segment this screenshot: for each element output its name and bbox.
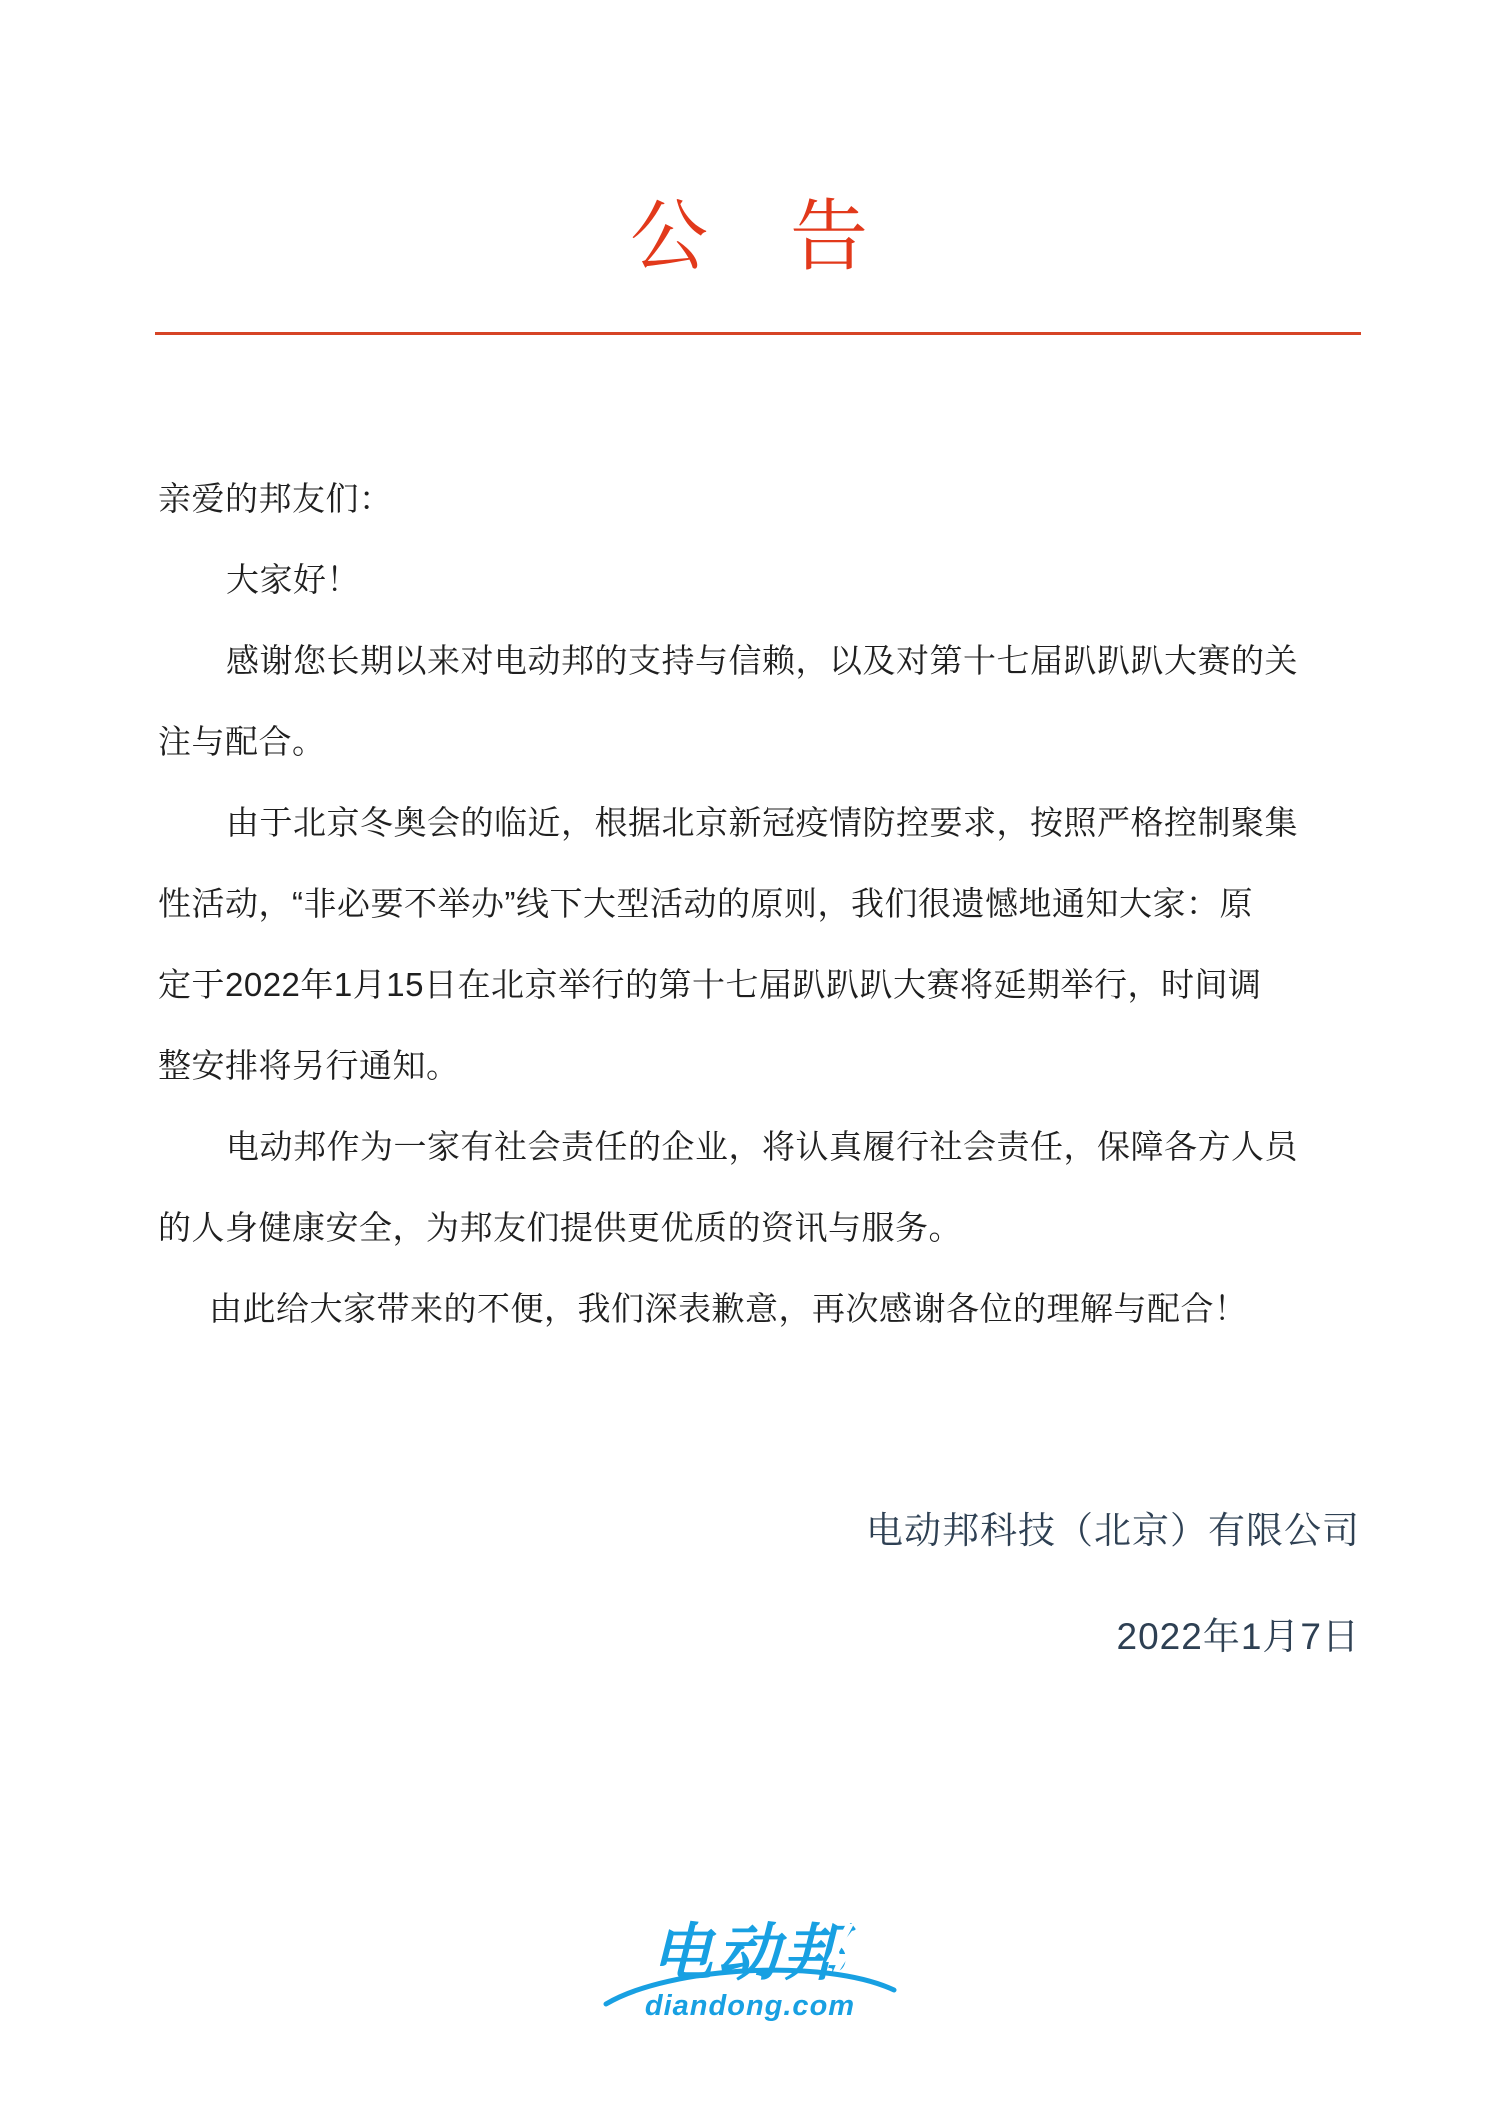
body-line: 注与配合。	[158, 699, 1368, 780]
closing-line: 由此给大家带来的不便，我们深表歉意，再次感谢各位的理解与配合！	[158, 1266, 1368, 1347]
body-line: 整安排将另行通知。	[158, 1023, 1368, 1104]
body-line: 的人身健康安全，为邦友们提供更优质的资讯与服务。	[158, 1185, 1368, 1266]
page-title: 公 告	[0, 186, 1500, 286]
logo-domain-text: diandong.com	[645, 1990, 855, 2022]
body-line: 感谢您长期以来对电动邦的支持与信赖，以及对第十七届趴趴趴大赛的关	[158, 618, 1368, 699]
body-line: 电动邦作为一家有社会责任的企业，将认真履行社会责任，保障各方人员	[158, 1104, 1368, 1185]
signature-company: 电动邦科技（北京）有限公司	[866, 1500, 1360, 1554]
title-divider-line	[155, 332, 1361, 335]
salutation-line: 亲爱的邦友们：	[158, 456, 1368, 537]
letter-body: 亲爱的邦友们： 大家好！ 感谢您长期以来对电动邦的支持与信赖，以及对第十七届趴趴…	[158, 456, 1368, 1347]
diandong-logo-graphic: 电动邦 diandong.com	[600, 1912, 900, 2022]
body-line: 性活动，“非必要不举办”线下大型活动的原则，我们很遗憾地通知大家：原	[158, 861, 1368, 942]
body-line: 由于北京冬奥会的临近，根据北京新冠疫情防控要求，按照严格控制聚集	[158, 780, 1368, 861]
body-line: 定于2022年1月15日在北京举行的第十七届趴趴趴大赛将延期举行，时间调	[158, 942, 1368, 1023]
diandong-logo: 电动邦 diandong.com	[600, 1912, 900, 2022]
greeting-line: 大家好！	[158, 537, 1368, 618]
signature-date: 2022年1月7日	[1117, 1606, 1360, 1660]
announcement-page: 公 告 亲爱的邦友们： 大家好！ 感谢您长期以来对电动邦的支持与信赖，以及对第十…	[0, 0, 1500, 2123]
